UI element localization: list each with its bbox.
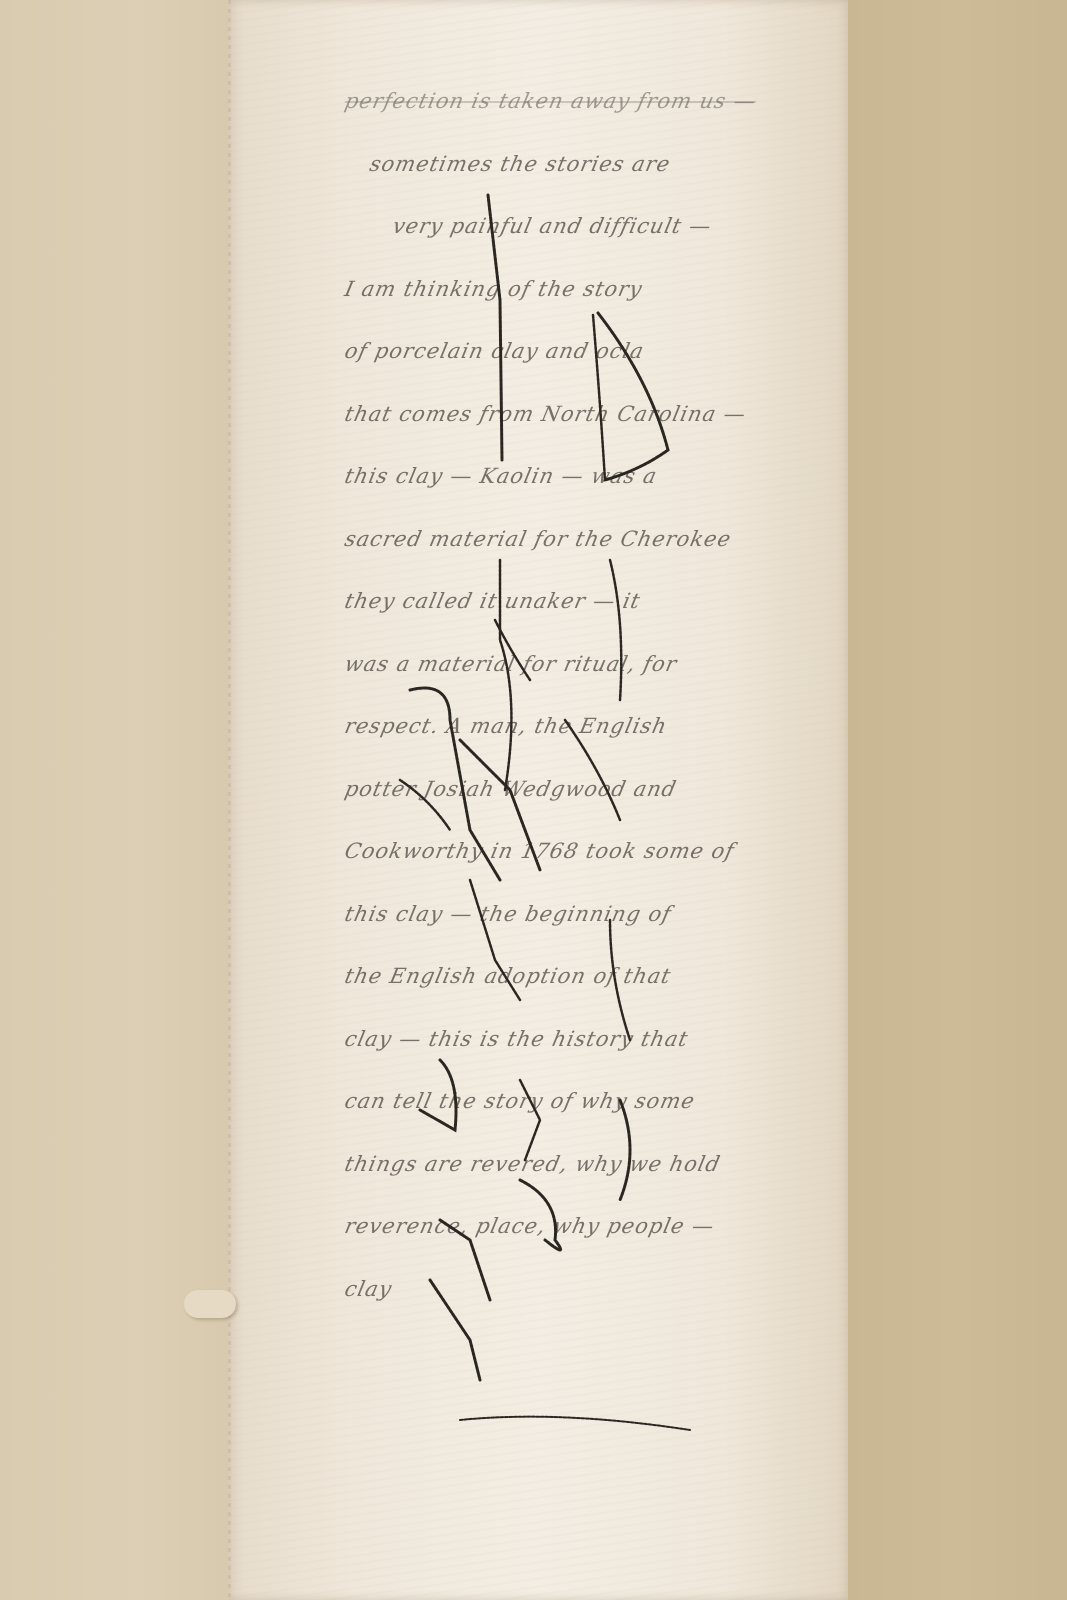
handwriting-line: the English adoption of that [338,945,751,1008]
left-wall [0,0,228,1600]
handwriting-line: potter Josiah Wedgwood and [338,758,751,821]
handwriting-line: very painful and difficult — [338,195,751,258]
handwriting-line: things are revered, why we hold [338,1133,751,1196]
handwriting-line: Cookworthy in 1768 took some of [338,820,751,883]
handwriting-line: sometimes the stories are [338,133,751,196]
handwriting-line: of porcelain clay and ocla [338,320,751,383]
handwriting-line: respect. A man, the English [338,695,751,758]
handwriting-line: was a material for ritual, for [338,633,751,696]
handwriting-line: perfection is taken away from us — [338,70,751,133]
handwriting-line: reverence, place, why people — [338,1195,751,1258]
handwriting-line: can tell the story of why some [338,1070,751,1133]
paint-blob [184,1290,236,1318]
handwriting-line: that comes from North Carolina — [338,383,751,446]
handwritten-text: perfection is taken away from us — somet… [345,70,745,1320]
handwriting-line: clay [338,1258,751,1321]
handwriting-line: this clay — the beginning of [338,883,751,946]
handwriting-line: sacred material for the Cherokee [338,508,751,571]
column-seam [228,0,231,1600]
handwriting-line: clay — this is the history that [338,1008,751,1071]
handwriting-line: they called it unaker — it [338,570,751,633]
handwriting-line: this clay — Kaolin — was a [338,445,751,508]
handwriting-line: I am thinking of the story [338,258,751,321]
right-wall [848,0,1067,1600]
